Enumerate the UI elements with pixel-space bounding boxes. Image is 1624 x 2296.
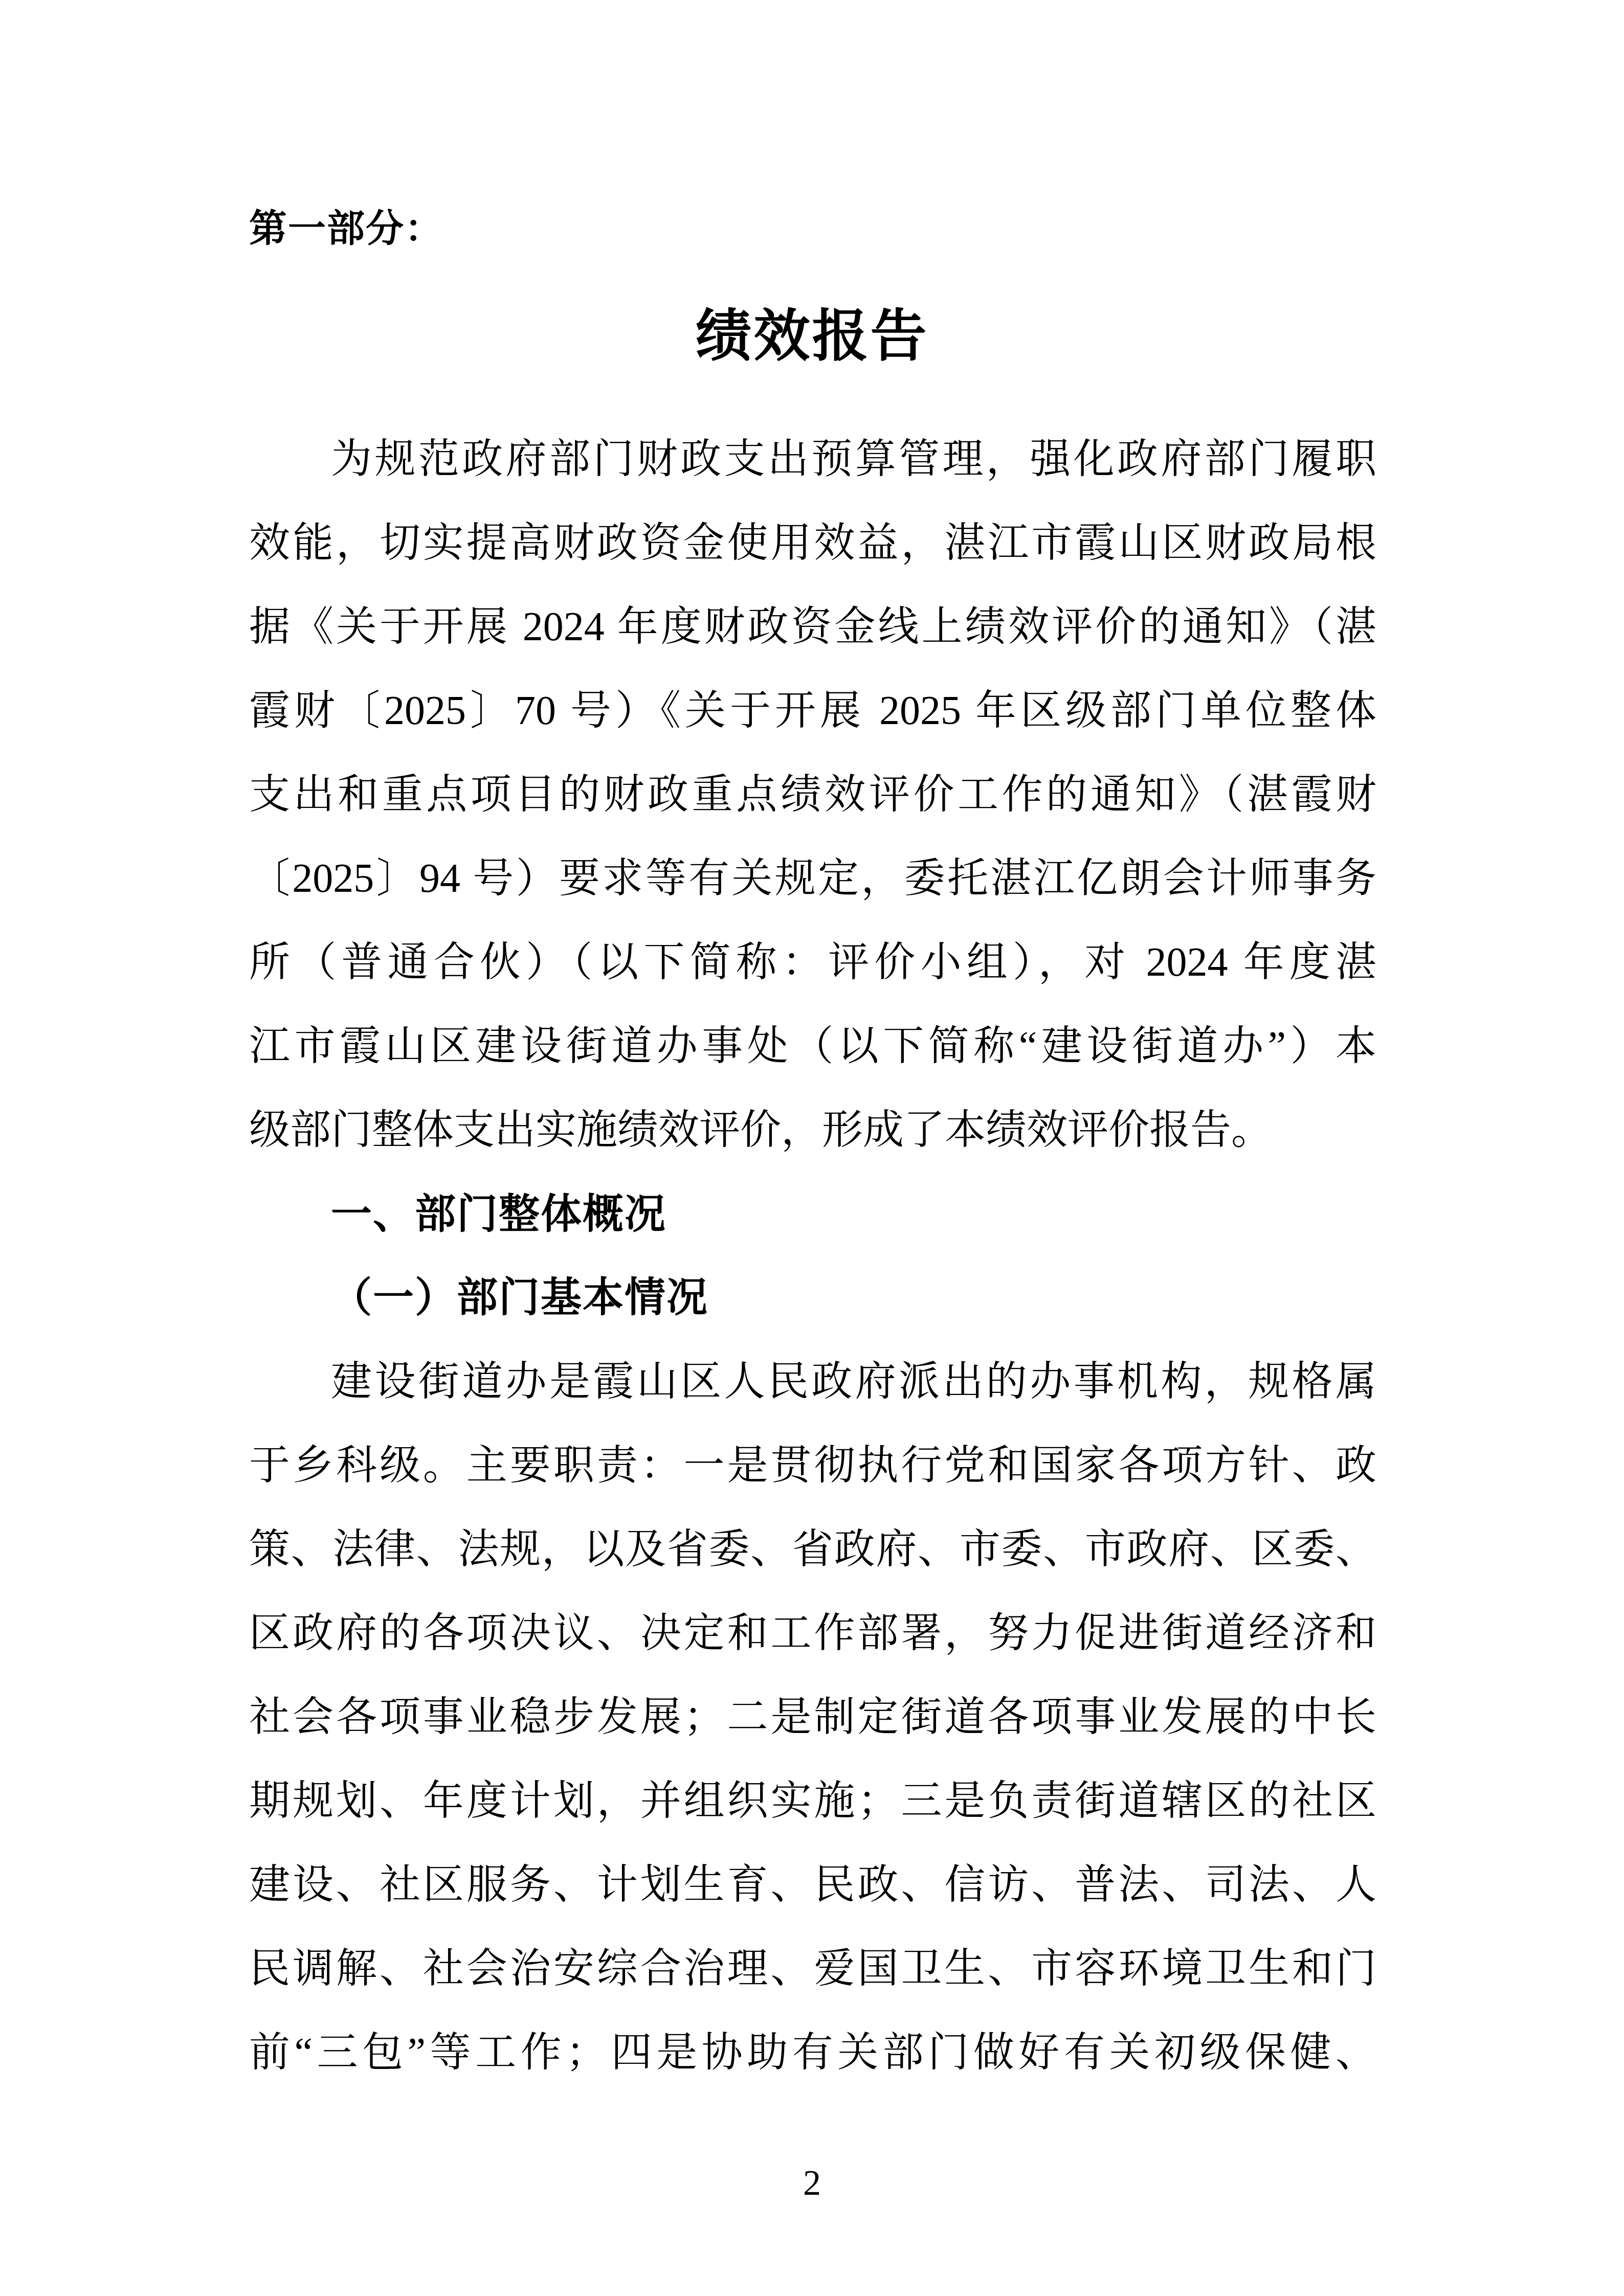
paragraph1-line: 〔2025〕94 号）要求等有关规定，委托湛江亿朗会计师事务 [249, 837, 1376, 920]
paragraph2-line: 策、法律、法规，以及省委、省政府、市委、市政府、区委、 [249, 1507, 1376, 1591]
paragraph1-line: 支出和重点项目的财政重点绩效评价工作的通知》（湛霞财 [249, 753, 1376, 837]
paragraph2-line: 建设街道办是霞山区人民政府派出的办事机构，规格属 [249, 1340, 1376, 1424]
paragraph2-line: 民调解、社会治安综合治理、爱国卫生、市容环境卫生和门 [249, 1927, 1376, 2011]
paragraph1-line: 效能，切实提高财政资金使用效益，湛江市霞山区财政局根 [249, 501, 1376, 585]
paragraph2-line: 期规划、年度计划，并组织实施；三是负责街道辖区的社区 [249, 1759, 1376, 1843]
paragraph2-line: 于乡科级。主要职责：一是贯彻执行党和国家各项方针、政 [249, 1424, 1376, 1507]
paragraph1-line: 为规范政府部门财政支出预算管理，强化政府部门履职 [249, 417, 1376, 501]
paragraph1-line: 据《关于开展 2024 年度财政资金线上绩效评价的通知》（湛 [249, 585, 1376, 669]
paragraph2-line: 区政府的各项决议、决定和工作部署，努力促进街道经济和 [249, 1591, 1376, 1675]
paragraph1-line: 所（普通合伙）（以下简称：评价小组），对 2024 年度湛 [249, 920, 1376, 1004]
report-page: 第一部分： 绩效报告 为规范政府部门财政支出预算管理，强化政府部门履职 效能，切… [0, 0, 1624, 2296]
page-number: 2 [0, 2162, 1624, 2205]
subsection-heading: （一）部门基本情况 [249, 1256, 1376, 1340]
paragraph2-line: 建设、社区服务、计划生育、民政、信访、普法、司法、人 [249, 1843, 1376, 1927]
part-label: 第一部分： [249, 209, 443, 250]
document-body: 为规范政府部门财政支出预算管理，强化政府部门履职 效能，切实提高财政资金使用效益… [249, 417, 1376, 2095]
section-heading: 一、部门整体概况 [249, 1172, 1376, 1256]
paragraph1-line: 霞财〔2025〕70 号）《关于开展 2025 年区级部门单位整体 [249, 669, 1376, 753]
paragraph1-line: 级部门整体支出实施绩效评价，形成了本绩效评价报告。 [249, 1088, 1376, 1172]
paragraph2-line: 前“三包”等工作；四是协助有关部门做好有关初级保健、 [249, 2011, 1376, 2095]
paragraph1-line: 江市霞山区建设街道办事处（以下简称“建设街道办”）本 [249, 1004, 1376, 1088]
document-title: 绩效报告 [0, 303, 1624, 370]
paragraph2-line: 社会各项事业稳步发展；二是制定街道各项事业发展的中长 [249, 1675, 1376, 1759]
